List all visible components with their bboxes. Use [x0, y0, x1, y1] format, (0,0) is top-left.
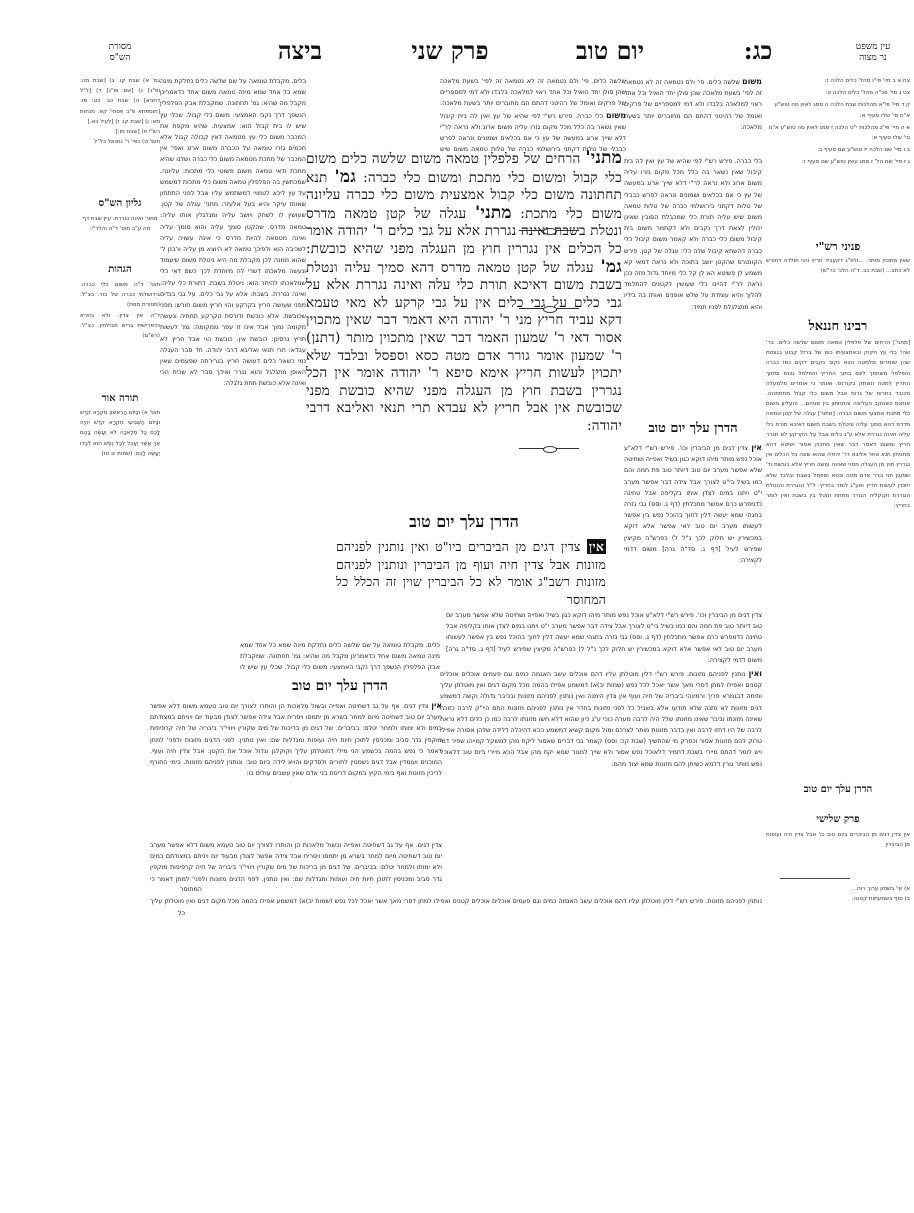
commentary-left-text-cont: כלים. מקבלת טומאה על שם שלשה כלים נחלקת …: [240, 642, 440, 674]
commentary-ch3-opening: אין: [431, 701, 442, 710]
gemara-text: עגלה של קטן טמאה מדרס דהא סמיך עליה ונטל…: [306, 260, 622, 434]
ein-mishpat-entry: א ה מיי' פי"ג מהלכות י"ט הלכה ז סמג לאוי…: [766, 123, 910, 143]
rashi-continuation: שלשה כלים. פי' ולם נטמאה זה לא נטמאה זה …: [440, 78, 626, 107]
torah-or-text: תוס' א) וּבַיּוֹם הָרִאשׁוֹן מִקְרָא קֹד…: [80, 408, 160, 484]
gemara-block: מתני' הרחים של פלפלין טמאה משום שלשה כלי…: [306, 150, 626, 522]
masoret-hashas-label: מסורת הש"ס: [90, 42, 150, 64]
hagahot-entry: תוס' ד"ה משום כלי כברה. בירושלמי כברה של…: [80, 280, 160, 311]
rashi-opening-word: משום: [742, 77, 762, 86]
torah-or-title: תורה אור: [80, 393, 160, 404]
commentary-chapter3: אין צדין דגים. אף על גב דשחיטה ואפייה וב…: [150, 700, 442, 840]
rashi-bottom-line: נותנין לפניהם מזונות. פירש רש"י דלין מוט…: [150, 898, 762, 908]
commentary-left-column: כלים. מקבלת טומאה על שם שלשה כלים נחלקת …: [160, 76, 306, 640]
rashi-top-wide: שלשה כלים. פי' ולם נטמאה זה לא נטמאה זה …: [440, 76, 626, 156]
rashi-heading: משום: [606, 111, 626, 120]
hagahot-title: הגהות: [80, 264, 160, 275]
masoret-entry: גמ' א) שבת קו. ב) [שבת מה: ופ"נ] ג) [שם …: [80, 76, 160, 127]
hagahot-entry: ד"ה אין צדין. ולא נחירא כדפרישית בריש מב…: [80, 311, 160, 342]
rabbeinu-chananel-text: [מתני'] הרחים של פלפלין טמאה משום שלשה כ…: [766, 338, 910, 780]
ein-mishpat-entry: ג ז מיי' שם הל' ז סמג עשין טוש"ע שם סעיף…: [766, 157, 910, 167]
rabbeinu-chananel-title: רבינו חננאל: [766, 318, 910, 334]
hagahot-column: תוס' ד"ה משום כלי כברה. בירושלמי כברה של…: [80, 280, 160, 364]
masoret-entry: רש"י ח) [שבת מו:]: [80, 127, 160, 137]
commentary-hadran: הדרן עלך יום טוב: [240, 678, 440, 695]
masoret-label-line1: מסורת: [90, 42, 150, 53]
gemara-hadran: הדרן עלך יום טוב: [306, 512, 622, 532]
folio-number: כג:: [728, 38, 788, 64]
mishnah-label: מתני': [475, 203, 512, 223]
footnotes: א) עי' בשמון ערוך רוח... ב) סוף בשמעתות …: [766, 884, 910, 910]
commentary-ch3-text: צדין דגים. אף על גב דשחיטה ואפייה ובשול …: [150, 703, 442, 777]
ein-mishpat-entry: ק ד מיי' פי"א מהלכות שבת הלכה ה סמג לאוי…: [766, 100, 910, 120]
ein-mishpat-label-line2: נר מצוה: [838, 53, 908, 64]
tractate-heading: יום טוב: [555, 38, 665, 64]
commentary-ch3-text-cont: צדין דגים. אף על גב דשחיטה ואפייה ובשול …: [150, 842, 442, 888]
gemara-label: גמ': [335, 167, 357, 187]
masoret-hashas-column: גמ' א) שבת קו. ב) [שבת מה: ופ"נ] ג) [שם …: [80, 76, 160, 182]
rashi-hadran: הדרן עלך יום טוב: [624, 420, 762, 436]
rashi-text: שלשה כלים. פי' ולם נטמאה זה לא נטמאה זה …: [624, 79, 762, 131]
next-chapter-text: אין צדין דגים מן הביברים ביום טוב כו' אב…: [766, 830, 910, 864]
commentary-chapter3-end: צדין דגים. אף על גב דשחיטה ואפייה ובשול …: [150, 840, 442, 888]
rashi-ch3-opening: אין: [751, 443, 762, 452]
next-chapter-title: פרק שלישי: [766, 814, 910, 825]
rashi-ch3-text: צדין דגים מן הביברין וכו'. פירש רש"י דלא…: [624, 445, 762, 564]
chapter-title: פרק שני: [395, 38, 505, 64]
masoret-entry: תוס' ט) כפי' ר' נתנאל כל"ל: [80, 137, 160, 147]
rashi-column-lower: כלי כברה. פירש רש"י לפי שהיא של עץ ואין …: [624, 156, 762, 406]
ein-mishpat-entry: ב ו מיי' שם הלכה יז טוש"ע שם סעיף ב:: [766, 145, 910, 155]
tractate-name: ביצה: [250, 38, 350, 64]
mishnah-label: מתני': [585, 150, 622, 168]
commentary-catchword: המחוסר: [180, 884, 202, 895]
ein-mishpat-entry: צט ג מיי' פכ"ה מהל' כלים הלכה ט:: [766, 88, 910, 98]
rashi-v-ein: ואין נותנין לפניהם מזונות. פירש רש"י דלי…: [440, 668, 762, 898]
gemara-label: גמ': [600, 257, 622, 277]
rashi-bottom-wide: נותנין לפניהם מזונות. פירש רש"י דלין מוט…: [150, 896, 762, 908]
rashi-catchword: כל: [178, 908, 185, 919]
pninei-rashi-title: פניני רש"י: [766, 240, 910, 253]
mishnah-chapter3: אין צדין דגים מן הביברים ביו"ט ואין נותנ…: [336, 538, 606, 634]
footnote-entry: א) עי' בשמון ערוך רוח...: [766, 884, 910, 894]
chapter-opening-word: אין: [587, 539, 606, 554]
ein-mishpat-entry: צח א ב מיי' פי"ו מהל' כלים הלכה ז:: [766, 76, 910, 86]
masoret-label-line2: הש"ס: [90, 53, 150, 64]
gilyon-hashas-text: מתני' ואינה נגררת. עיין שבת דף מה ע"ב תו…: [80, 214, 160, 250]
rashi-v-ein-opening: ואין: [749, 669, 762, 678]
ein-mishpat-label-line1: עין משפט: [838, 42, 908, 53]
footnote-entry: ב) סוף בשמעתות קטנה.: [766, 894, 910, 904]
commentary-left-text: כלים. מקבלת טומאה על שם שלשה כלים נחלקת …: [160, 78, 306, 387]
mishnah3-text: צדין דגים מן הביברים ביו"ט ואין נותנין ל…: [336, 539, 606, 607]
rabbeinu-chananel-hadran: הדרן עלך יום טוב: [766, 784, 910, 795]
rashi-v-ein-text: נותנין לפניהם מזונות. פירש רש"י דלין מוט…: [440, 671, 762, 768]
rashi-chapter3: אין צדין דגים מן הביברין וכו'. פירש רש"י…: [624, 442, 762, 638]
rashi-text2-cont: כלי כברה. פירש רש"י לפי שהיא של עץ ואין …: [624, 158, 762, 311]
footnote-rule: [780, 878, 850, 879]
gilyon-hashas-title: גליון הש"ס: [80, 198, 160, 209]
commentary-left-lower: כלים. מקבלת טומאה על שם שלשה כלים נחלקת …: [240, 640, 440, 674]
ein-mishpat-label: עין משפט נר מצוה: [838, 42, 908, 64]
ein-mishpat-column: צח א ב מיי' פי"ו מהל' כלים הלכה ז: צט ג …: [766, 76, 910, 236]
pninei-rashi-text: שאין מתכוין מותר. ...ולפ"ג דקעביד חריץ ו…: [766, 256, 910, 300]
